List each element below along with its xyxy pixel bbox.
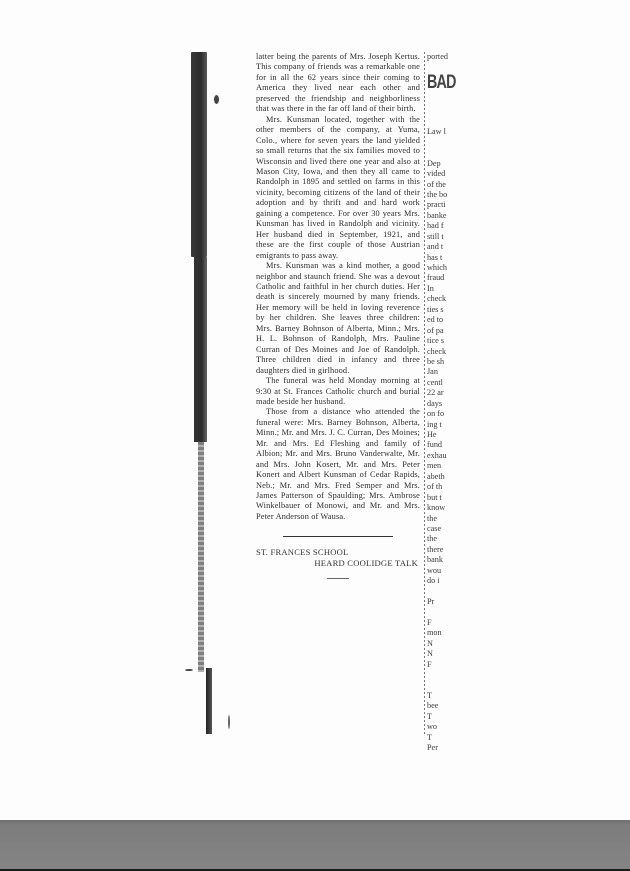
fragment-line: know — [427, 503, 457, 513]
fragment-line — [427, 106, 457, 116]
column-divider — [424, 52, 425, 736]
fragment-line: wou — [427, 566, 457, 576]
fragment-line: of th — [427, 482, 457, 492]
fragment-line: do i — [427, 576, 457, 586]
fragment-line: be sh — [427, 357, 457, 367]
fragment-line: days — [427, 399, 457, 409]
fragment-line: still t — [427, 232, 457, 242]
article-paragraph: Those from a distance who attended the f… — [256, 407, 420, 522]
fragment-line — [427, 681, 457, 691]
fragment-line: practi — [427, 200, 457, 210]
fragment-line: the — [427, 514, 457, 524]
fragment-line: had f — [427, 221, 457, 231]
fragment-line: T — [427, 733, 457, 743]
fragment-line: there — [427, 545, 457, 555]
fragment-line: N — [427, 639, 457, 649]
fragment-line: which — [427, 263, 457, 273]
fragment-line: In — [427, 284, 457, 294]
scanner-bed-edge — [0, 820, 630, 871]
fragment-line — [427, 587, 457, 597]
fragment-line: check — [427, 294, 457, 304]
scan-speck — [228, 715, 230, 729]
fragment-line: the bo — [427, 190, 457, 200]
fragment-line: He — [427, 430, 457, 440]
headline-rule — [327, 578, 349, 579]
scan-speck — [185, 669, 193, 671]
fragment-line: case — [427, 524, 457, 534]
fragment-line: on fo — [427, 409, 457, 419]
fragment-line — [427, 138, 457, 148]
binding-shadow — [198, 442, 204, 672]
article-paragraph: The funeral was held Monday morning at 9… — [256, 376, 420, 407]
fragment-line: fraud — [427, 273, 457, 283]
fragment-line: Dep — [427, 159, 457, 169]
fragment-line: F — [427, 618, 457, 628]
fragment-line: bee — [427, 701, 457, 711]
next-article-subheadline: HEARD COOLIDGE TALK — [256, 558, 420, 568]
fragment-line: wo — [427, 722, 457, 732]
article-paragraph: latter being the parents of Mrs. Joseph … — [256, 52, 420, 115]
fragment-line: exhau — [427, 451, 457, 461]
article-paragraph: Mrs. Kunsman was a kind mother, a good n… — [256, 261, 420, 376]
fragment-line: N — [427, 649, 457, 659]
fragment-line: mon — [427, 628, 457, 638]
binding-shadow — [194, 257, 207, 442]
fragment-line: centl — [427, 378, 457, 388]
fragment-line: has t — [427, 253, 457, 263]
adjacent-column-fragment: ported BAD Law lDepvidedof thethe boprac… — [427, 52, 457, 754]
fragment-line: men — [427, 461, 457, 471]
fragment-line: 22 ar — [427, 388, 457, 398]
fragment-line: ed to — [427, 315, 457, 325]
fragment-line: banke — [427, 211, 457, 221]
binding-shadow — [206, 668, 212, 734]
fragment-line: Jan — [427, 367, 457, 377]
fragment-line: the — [427, 534, 457, 544]
fragment-line: of pa — [427, 326, 457, 336]
fragment-line: ties s — [427, 305, 457, 315]
article-paragraph: Mrs. Kunsman located, together with the … — [256, 115, 420, 261]
fragment-line — [427, 148, 457, 158]
fragment-line: vided — [427, 169, 457, 179]
fragment-line — [427, 607, 457, 617]
fragment-line: F — [427, 660, 457, 670]
fragment-line: ing t — [427, 420, 457, 430]
fragment-line: Law l — [427, 127, 457, 137]
fragment-line: but t — [427, 493, 457, 503]
fragment-line: check — [427, 347, 457, 357]
fragment-line: of the — [427, 180, 457, 190]
fragment-line — [427, 670, 457, 680]
fragment-line: and t — [427, 242, 457, 252]
fragment-line: T — [427, 691, 457, 701]
fragment-line: Pr — [427, 597, 457, 607]
fragment-line: Per — [427, 743, 457, 753]
fragment-line: ported — [427, 52, 457, 62]
fragment-line: T — [427, 712, 457, 722]
next-article-headline: ST. FRANCES SCHOOL — [256, 547, 420, 557]
scanned-page: latter being the parents of Mrs. Joseph … — [0, 0, 630, 820]
fragment-line — [427, 117, 457, 127]
scan-speck — [214, 95, 219, 104]
article-column: latter being the parents of Mrs. Joseph … — [256, 52, 420, 579]
fragment-line: tice s — [427, 336, 457, 346]
fragment-line: bank — [427, 555, 457, 565]
fragment-lines: Law lDepvidedof thethe bopractibankehad … — [427, 106, 457, 753]
fragment-line: fund — [427, 440, 457, 450]
fragment-line: abeth — [427, 472, 457, 482]
fragment-headline: BAD — [427, 72, 450, 94]
section-divider — [283, 536, 393, 537]
binding-shadow — [191, 52, 207, 257]
